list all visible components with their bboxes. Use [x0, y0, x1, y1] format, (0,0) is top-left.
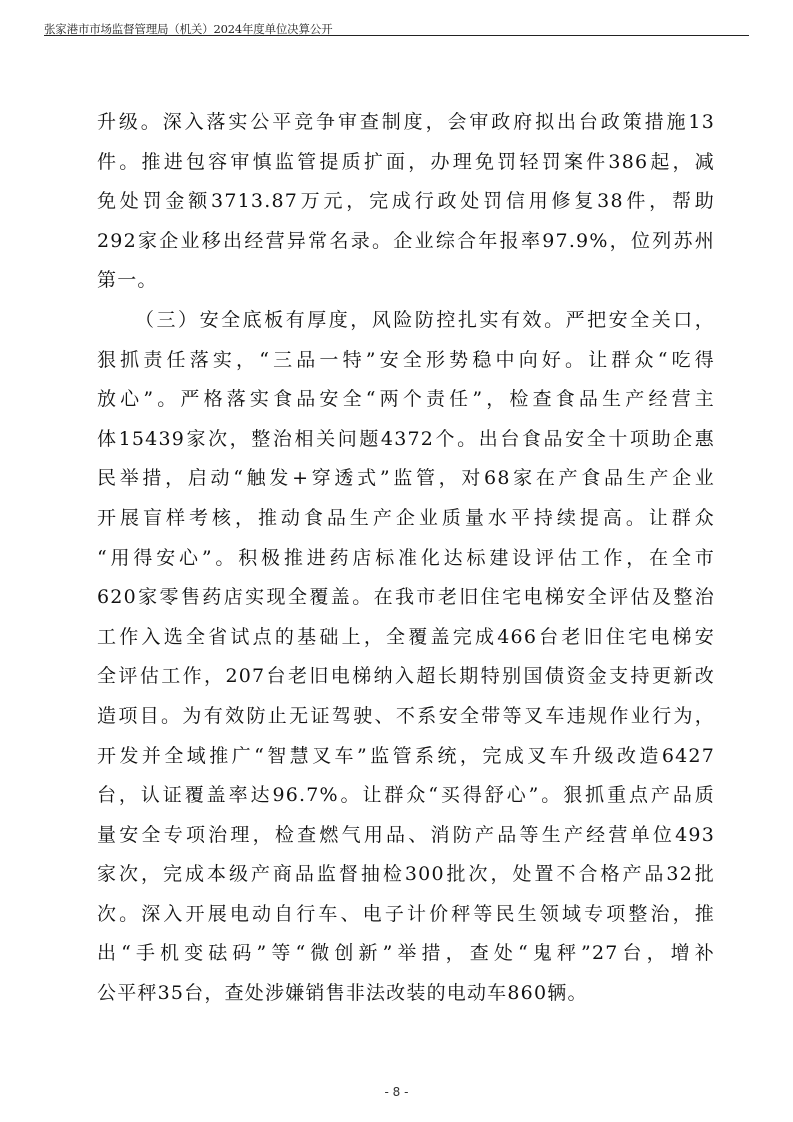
text-line: 620家零售药店实现全覆盖。在我市老旧住宅电梯安全评估及整治	[97, 583, 715, 623]
text-line: 件。推进包容审慎监管提质扩面，办理免罚轻罚案件386起，减	[97, 148, 715, 188]
document-body: 升级。深入落实公平竞争审查制度，会审政府拟出台政策措施13 件。推进包容审慎监管…	[97, 108, 715, 1019]
page-header: 张家港市市场监督管理局（机关）2024年度单位决算公开	[44, 22, 749, 36]
text-line: 第一。	[97, 266, 715, 306]
text-line: 次。深入开展电动自行车、电子计价秤等民生领域专项整治，推	[97, 900, 715, 940]
text-line: 免处罚金额3713.87万元，完成行政处罚信用修复38件，帮助	[97, 187, 715, 227]
text-line: 家次，完成本级产商品监督抽检300批次，处置不合格产品32批	[97, 860, 715, 900]
section-heading-line: （三）安全底板有厚度，风险防控扎实有效。严把安全关口，	[97, 306, 715, 346]
text-line: 开发并全域推广“智慧叉车”监管系统，完成叉车升级改造6427	[97, 742, 715, 782]
text-line: 民举措，启动“触发+穿透式”监管，对68家在产食品生产企业	[97, 464, 715, 504]
text-line: 全评估工作，207台老旧电梯纳入超长期特别国债资金支持更新改	[97, 662, 715, 702]
text-line: “用得安心”。积极推进药店标准化达标建设评估工作，在全市	[97, 544, 715, 584]
text-line: 工作入选全省试点的基础上，全覆盖完成466台老旧住宅电梯安	[97, 623, 715, 663]
text-line: 放心”。严格落实食品安全“两个责任”，检查食品生产经营主	[97, 385, 715, 425]
text-line: 体15439家次，整治相关问题4372个。出台食品安全十项助企惠	[97, 425, 715, 465]
header-title: 张家港市市场监督管理局（机关）2024年度单位决算公开	[44, 22, 749, 36]
text-line: 狠抓责任落实，“三品一特”安全形势稳中向好。让群众“吃得	[97, 346, 715, 386]
text-line: 出“手机变砝码”等“微创新”举措，查处“鬼秤”27台，增补	[97, 939, 715, 979]
text-line: 升级。深入落实公平竞争审查制度，会审政府拟出台政策措施13	[97, 108, 715, 148]
text-line: 公平秤35台，查处涉嫌销售非法改装的电动车860辆。	[97, 979, 715, 1019]
text-line: 开展盲样考核，推动食品生产企业质量水平持续提高。让群众	[97, 504, 715, 544]
header-divider	[44, 35, 749, 36]
text-line: 量安全专项治理，检查燃气用品、消防产品等生产经营单位493	[97, 821, 715, 861]
text-line: 台，认证覆盖率达96.7%。让群众“买得舒心”。狠抓重点产品质	[97, 781, 715, 821]
text-line: 292家企业移出经营异常名录。企业综合年报率97.9%，位列苏州	[97, 227, 715, 267]
page-number: - 8 -	[0, 1085, 793, 1099]
text-line: 造项目。为有效防止无证驾驶、不系安全带等叉车违规作业行为，	[97, 702, 715, 742]
